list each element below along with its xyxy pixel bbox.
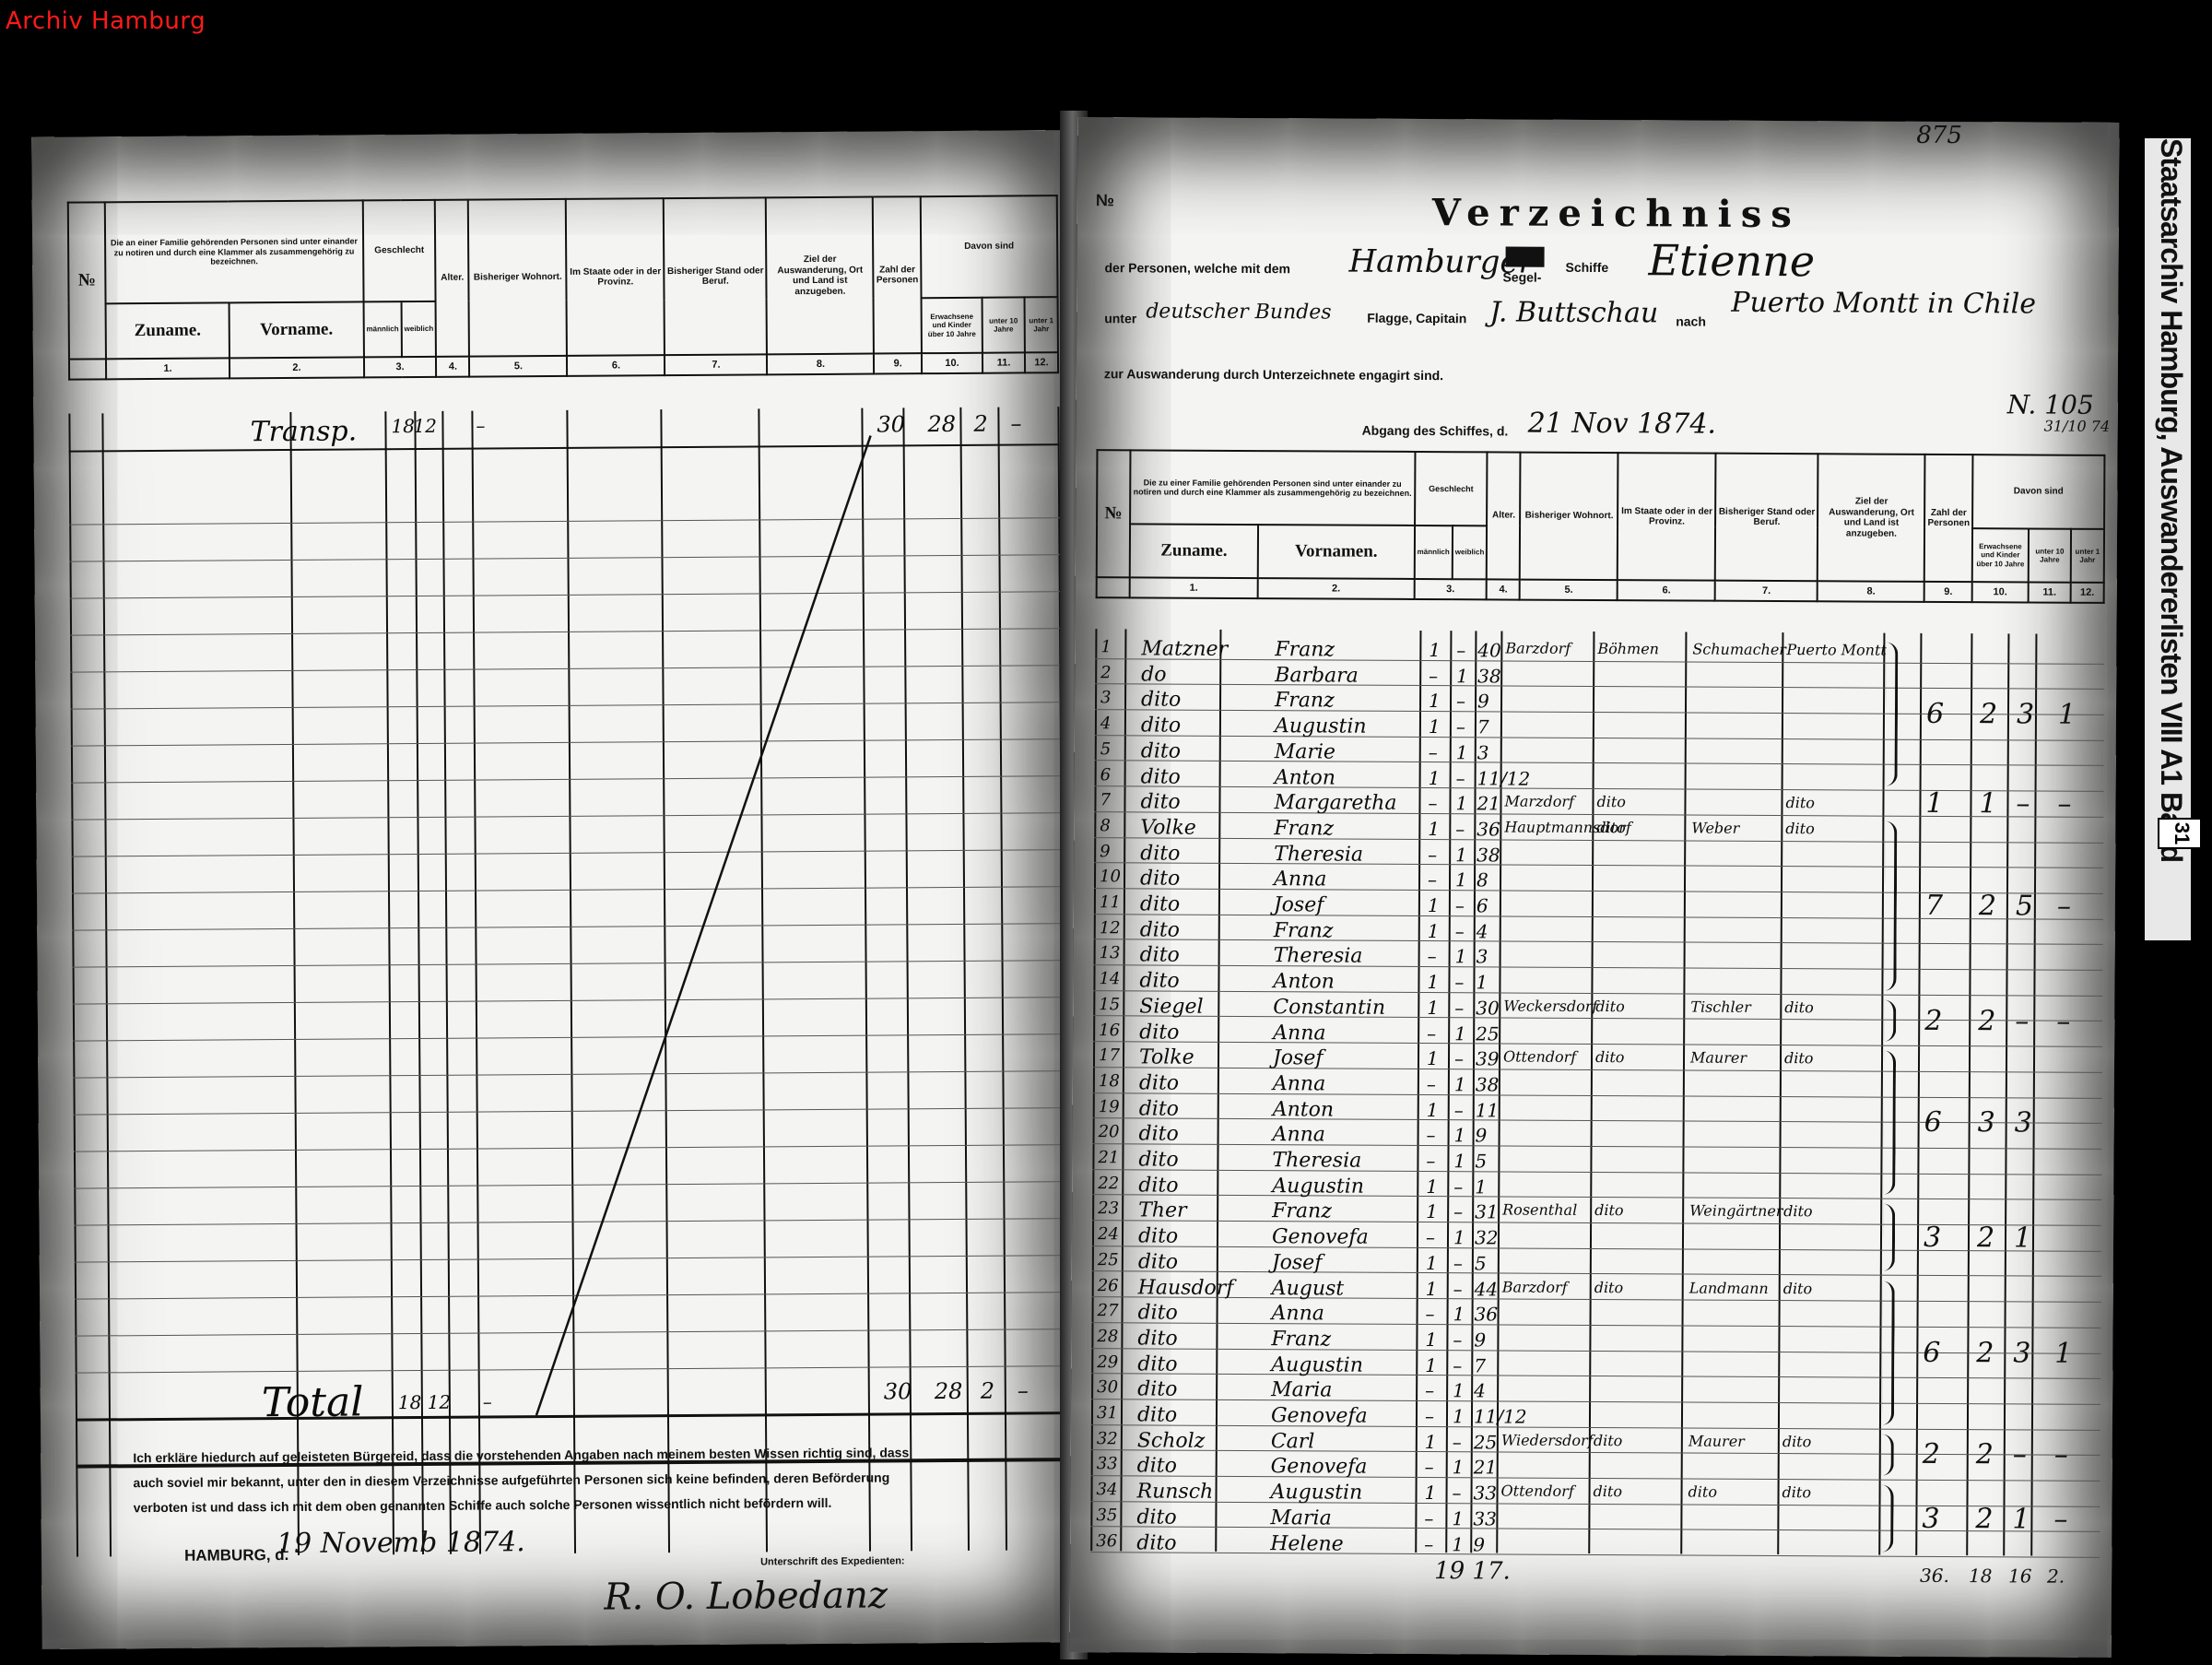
family-groups: 623111––725–22––633321623122––321– — [1090, 633, 2104, 1561]
signature-label: Unterschrift des Expedienten: — [760, 1555, 905, 1567]
group-erwachsene: 3 — [1978, 1106, 1995, 1139]
right-col-unter10: unter 10 Jahre — [2029, 528, 2071, 582]
left-col-unter10: unter 10 Jahre — [982, 297, 1025, 352]
family-bracket — [1883, 1204, 1895, 1271]
band-number: 31 — [2158, 818, 2202, 849]
family-bracket — [1883, 1051, 1896, 1195]
right-col-zahl: Zahl der Personen — [1924, 455, 1972, 582]
place-label: HAMBURG, d. — [184, 1546, 288, 1565]
family-bracket — [1884, 999, 1896, 1041]
colnum: 10. — [922, 353, 982, 373]
left-col-unter1: unter 1 Jahr — [1025, 297, 1058, 352]
group-unter1: – — [2056, 1005, 2070, 1037]
family-bracket — [1886, 643, 1899, 786]
schiffe-label: Schiffe — [1565, 260, 1608, 275]
intro-text-1: der Personen, welche mit dem — [1104, 260, 1290, 276]
group-unter10: 3 — [2017, 698, 2034, 730]
captain-name: J. Buttschau — [1489, 296, 1658, 329]
left-col-vorname: Vorname. — [229, 301, 364, 358]
group-unter1: 1 — [2058, 699, 2076, 731]
group-unter10: 3 — [2013, 1337, 2030, 1369]
right-col-erwachsene: Erwachsene und Kinder über 10 Jahre — [1972, 528, 2029, 582]
colnum: 7. — [1715, 581, 1818, 602]
colnum: 8. — [1818, 581, 1924, 602]
group-unter10: 3 — [2015, 1107, 2032, 1140]
group-erwachsene: 2 — [1976, 1439, 1994, 1471]
left-col-weiblich: weiblich — [401, 301, 436, 357]
colnum: 5. — [1520, 580, 1618, 601]
family-bracket — [1884, 821, 1897, 991]
right-col-staat: Im Staate oder in der Provinz. — [1618, 453, 1716, 581]
group-unter1: – — [2057, 890, 2071, 922]
family-bracket — [1882, 1434, 1894, 1475]
group-erwachsene: 2 — [1977, 1222, 1994, 1254]
departure-label: Abgang des Schiffes, d. — [1362, 423, 1509, 439]
family-bracket — [1881, 1485, 1893, 1553]
declaration-date: 19 Novemb 1874. — [276, 1526, 525, 1560]
destination: Puerto Montt in Chile — [1731, 287, 2036, 321]
colnum: 10. — [1972, 582, 2029, 602]
colnum: 1. — [106, 358, 229, 379]
colnum: 2. — [1258, 578, 1415, 599]
right-col-weiblich: weiblich — [1453, 525, 1488, 579]
document-title: Verzeichniss — [1432, 191, 1801, 236]
colnum: 8. — [767, 354, 874, 375]
group-unter1: 1 — [2054, 1337, 2072, 1369]
colnum: 2. — [229, 357, 364, 378]
group-unter10: 5 — [2016, 890, 2033, 922]
group-erwachsene: 2 — [1976, 1337, 1994, 1369]
reference-sub: 31/10 74 — [2044, 418, 2111, 435]
declaration-text: Ich erkläre hiedurch auf geleisteten Bür… — [133, 1439, 1065, 1520]
colnum: 12. — [1025, 352, 1058, 372]
flag-value: deutscher Bundes — [1146, 300, 1331, 324]
flagge-captain-label: Flagge, Capitain — [1367, 311, 1466, 326]
ship-type: Segel- — [1502, 269, 1541, 284]
intro-text-2: unter — [1104, 311, 1136, 325]
colnum: 9. — [874, 353, 922, 373]
right-col-vorname: Vornamen. — [1258, 525, 1415, 579]
redacted-box — [1506, 246, 1545, 266]
total-gender: 19 17. — [1434, 1557, 1511, 1585]
right-page: № 875 Verzeichniss der Personen, welche … — [1070, 117, 2120, 1658]
colnum: 6. — [1618, 580, 1715, 601]
group-erwachsene: 1 — [1979, 787, 1996, 820]
left-col-davon: Davon sind — [921, 195, 1058, 298]
group-unter10: – — [2015, 1005, 2029, 1037]
group-erwachsene: 2 — [1979, 890, 1996, 922]
group-zahl: 6 — [1926, 698, 1944, 730]
group-unter10: – — [2016, 787, 2030, 820]
right-col-nr: № — [1097, 450, 1131, 577]
archive-side-label-text: Staatsarchiv Hamburg, Auswandererlisten … — [2147, 138, 2188, 931]
group-unter10: – — [2013, 1439, 2027, 1471]
colnum: 11. — [982, 352, 1025, 372]
group-erwachsene: 2 — [1975, 1503, 1993, 1535]
folio-number: 875 — [1916, 122, 1962, 149]
left-col-wohnort: Bisheriger Wohnort. — [468, 199, 567, 357]
group-unter10: 1 — [2014, 1222, 2031, 1254]
group-zahl: 2 — [1924, 1004, 1942, 1036]
right-col-stand: Bisheriger Stand oder Beruf. — [1715, 454, 1818, 582]
group-zahl: 6 — [1923, 1336, 1940, 1368]
group-erwachsene: 2 — [1978, 1005, 1995, 1037]
total-persons: 36. — [1920, 1565, 1949, 1587]
left-col-stand: Bisheriger Stand oder Beruf. — [664, 197, 767, 355]
left-total-row: Total 18 12 – 30 28 2 – — [41, 1370, 1073, 1423]
right-col-geschlecht: Geschlecht — [1415, 452, 1488, 525]
right-family-note: Die zu einer Familie gehörenden Personen… — [1130, 450, 1415, 525]
left-family-note: Die an einer Familie gehörenden Personen… — [105, 200, 364, 303]
right-col-wohnort: Bisheriger Wohnort. — [1520, 453, 1618, 581]
left-col-staat: Im Staate oder in der Provinz. — [566, 198, 665, 356]
colnum: 1. — [1130, 577, 1258, 598]
total-adults: 18 — [1969, 1565, 1993, 1587]
right-col-unter1: unter 1 Jahr — [2071, 529, 2104, 583]
group-unter1: – — [2054, 1439, 2068, 1471]
group-zahl: 3 — [1922, 1503, 1939, 1535]
nach-label: nach — [1676, 313, 1706, 328]
left-col-zuname: Zuname. — [106, 302, 230, 359]
expedient-signature: R. O. Lobedanz — [604, 1574, 888, 1618]
colnum: 7. — [665, 354, 767, 375]
colnum: 5. — [469, 356, 567, 377]
departure-date: 21 Nov 1874. — [1528, 407, 1717, 441]
colnum: 3. — [1414, 579, 1487, 599]
colnum: 12. — [2071, 583, 2104, 603]
page-number-mark: № — [1096, 191, 1114, 210]
colnum: 4. — [436, 357, 469, 377]
colnum: 4. — [1487, 579, 1520, 599]
left-col-erwachsene: Erwachsene und Kinder über 10 Jahre — [922, 298, 982, 353]
group-erwachsene: 2 — [1980, 698, 1997, 730]
right-col-maennlich: männlich — [1414, 525, 1452, 579]
right-col-davon: Davon sind — [1972, 455, 2104, 529]
colnum: 6. — [567, 355, 665, 376]
intro-text-3: zur Auswanderung durch Unterzeichnete en… — [1104, 366, 1443, 383]
total-under10: 16 — [2008, 1565, 2032, 1587]
left-col-maennlich: männlich — [363, 301, 402, 357]
group-zahl: 6 — [1924, 1106, 1942, 1139]
family-bracket — [1882, 1281, 1895, 1424]
group-zahl: 3 — [1924, 1222, 1941, 1254]
group-zahl: 7 — [1925, 890, 1943, 922]
left-col-zahl: Zahl der Personen — [873, 196, 922, 353]
archive-watermark: Archiv Hamburg — [6, 7, 206, 35]
ship-name: Etienne — [1648, 235, 1815, 286]
left-col-ziel: Ziel der Auswanderung, Ort und Land ist … — [766, 197, 874, 355]
group-unter1: – — [2057, 788, 2071, 821]
colnum: 11. — [2029, 582, 2071, 602]
left-page: № Die an einer Familie gehörenden Person… — [31, 130, 1074, 1649]
group-zahl: 1 — [1925, 787, 1943, 820]
left-col-alter: Alter. — [435, 200, 469, 357]
total-under1: 2. — [2047, 1565, 2065, 1588]
left-col-geschlecht: Geschlecht — [363, 200, 436, 302]
group-unter1: – — [2053, 1503, 2067, 1535]
right-header-table: № Die zu einer Familie gehörenden Person… — [1096, 449, 2106, 604]
right-col-ziel: Ziel der Auswanderung, Ort und Land ist … — [1818, 454, 1925, 582]
right-col-alter: Alter. — [1487, 452, 1521, 579]
left-col-nr: № — [68, 202, 106, 359]
group-zahl: 2 — [1923, 1438, 1940, 1470]
left-header-table: № Die an einer Familie gehörenden Person… — [67, 195, 1059, 381]
group-unter10: 1 — [2012, 1503, 2030, 1535]
reference-number: N. 105 — [2007, 389, 2094, 419]
colnum: 3. — [364, 357, 437, 378]
right-col-zuname: Zuname. — [1130, 524, 1258, 578]
colnum: 9. — [1924, 582, 1972, 602]
